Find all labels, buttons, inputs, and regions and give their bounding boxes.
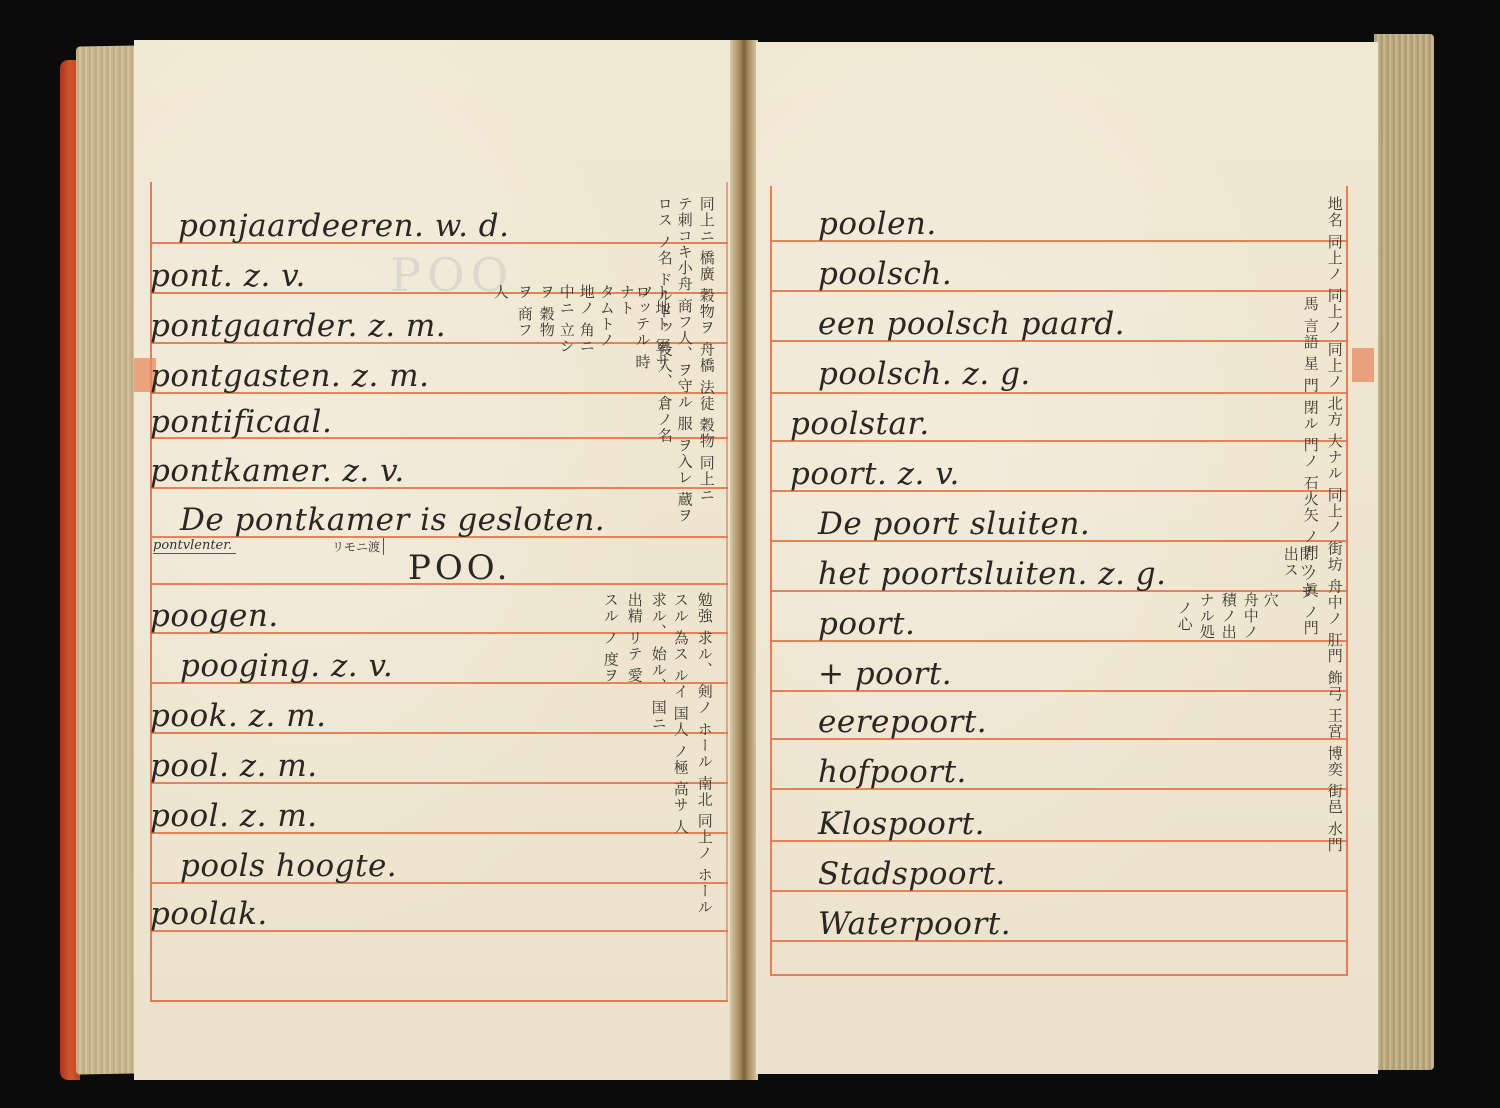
japanese-gloss-column: 穴: [1262, 592, 1278, 632]
japanese-gloss-column: 中ニ 立シ: [558, 284, 574, 364]
entry-poolstar: poolstar.: [790, 406, 930, 442]
japanese-gloss-column: タムトノ: [598, 284, 614, 364]
entry-pontificaal: pontificaal.: [150, 404, 332, 440]
margin-note-japanese: リモニ渡: [332, 538, 384, 555]
entry-poolen: poolen.: [818, 206, 937, 242]
japanese-gloss-column: テ刺コキ小舟 商フ人、ヲ守ル 服 ヲ入レ 蔵ヲ: [676, 196, 692, 526]
entry-klospoort: Klospoort.: [818, 806, 985, 842]
japanese-gloss-column: 同上ニ 橋廣 穀物ヲ 舟橋 法徒 穀物 同上ニ: [698, 196, 714, 526]
japanese-gloss-column: ヲ 穀物: [538, 284, 554, 364]
entry-de-poort-sluiten: De poort sluiten.: [818, 506, 1090, 542]
margin-note-dutch: pontvlenter.: [153, 538, 236, 554]
entry-pontkamer: pontkamer. z. v.: [150, 453, 405, 489]
japanese-gloss-column: 積ノ出: [1220, 592, 1236, 652]
entry-poolsch-zg: poolsch. z. g.: [818, 356, 1031, 392]
entry-pook: pook. z. m.: [150, 698, 326, 734]
japanese-gloss-column: スル 為ス ルイ 国人 ノ極 高サ 人: [672, 592, 688, 872]
open-book: POO ponjaardeeren. w. d. pont. z. v. pon…: [0, 0, 1500, 1108]
entry-het-poortsluiten: het poortsluiten. z. g.: [818, 556, 1167, 592]
entry-poort-3: + poort.: [818, 656, 952, 692]
japanese-gloss-column: 出精 リテ 愛: [626, 592, 642, 892]
entry-poolsch: poolsch.: [818, 256, 952, 292]
entry-ponjaardeeren: ponjaardeeren. w. d.: [178, 208, 510, 244]
japanese-gloss-column: 地名 同上ノ 同上ノ 同上ノ 北方 大ナル 同上ノ 街坊 舟中ノ 肛門 飾弓 王…: [1326, 196, 1342, 956]
japanese-gloss-column: 舟中ノ: [1242, 592, 1258, 652]
entry-eerepoort: eerepoort.: [818, 704, 987, 740]
japanese-gloss-column: 地ノ 角ニ: [578, 284, 594, 364]
page-stack-right: [1374, 34, 1434, 1070]
entry-poort-2: poort.: [818, 606, 915, 642]
japanese-gloss-column: 閉ツ ヲ出ス: [1282, 546, 1314, 606]
entry-poort: poort. z. v.: [790, 456, 960, 492]
japanese-gloss-column: 求ル、 始ル、 国ニ: [650, 592, 666, 872]
entry-hofpoort: hofpoort.: [818, 754, 967, 790]
japanese-gloss-column: 人: [492, 284, 508, 324]
japanese-gloss-column: ロッテル 時ナト: [618, 284, 650, 384]
japanese-gloss-column: スル ノ 度ヲ: [602, 592, 618, 892]
entry-pontgaarder: pontgaarder. z. m.: [150, 308, 446, 344]
entry-pontkamer-example: De pontkamer is gesloten.: [180, 502, 605, 538]
entry-pool-1: pool. z. m.: [150, 748, 318, 784]
entry-pont: pont. z. v.: [150, 258, 306, 294]
section-heading: POO.: [408, 548, 511, 588]
rule-line: [150, 1000, 728, 1002]
entry-pontgasten: pontgasten. z. m.: [150, 358, 429, 394]
entry-pools-hoogte: pools hoogte.: [180, 848, 397, 884]
japanese-gloss-column: ナル処: [1198, 592, 1214, 652]
book-gutter: [730, 40, 758, 1080]
entry-pool-2: pool. z. m.: [150, 798, 318, 834]
entry-poolak: poolak.: [150, 896, 268, 932]
japanese-gloss-column: ノ心: [1176, 600, 1192, 640]
entry-stadspoort: Stadspoort.: [818, 856, 1006, 892]
entry-pooging: pooging. z. v.: [180, 648, 393, 684]
rule-line: [770, 392, 1348, 394]
japanese-gloss-column: ヲ 商フ: [516, 284, 532, 364]
entry-waterpoort: Waterpoort.: [818, 906, 1011, 942]
page-stack-left: [76, 45, 138, 1074]
entry-een-poolsch-paard: een poolsch paard.: [818, 306, 1125, 342]
japanese-gloss-column: 勉強 求ル、 剣ノ ホール 南北 同上ノ ホール: [696, 592, 712, 922]
entry-poogen: poogen.: [150, 598, 279, 634]
thumb-tab-mark-right: [1352, 348, 1374, 382]
